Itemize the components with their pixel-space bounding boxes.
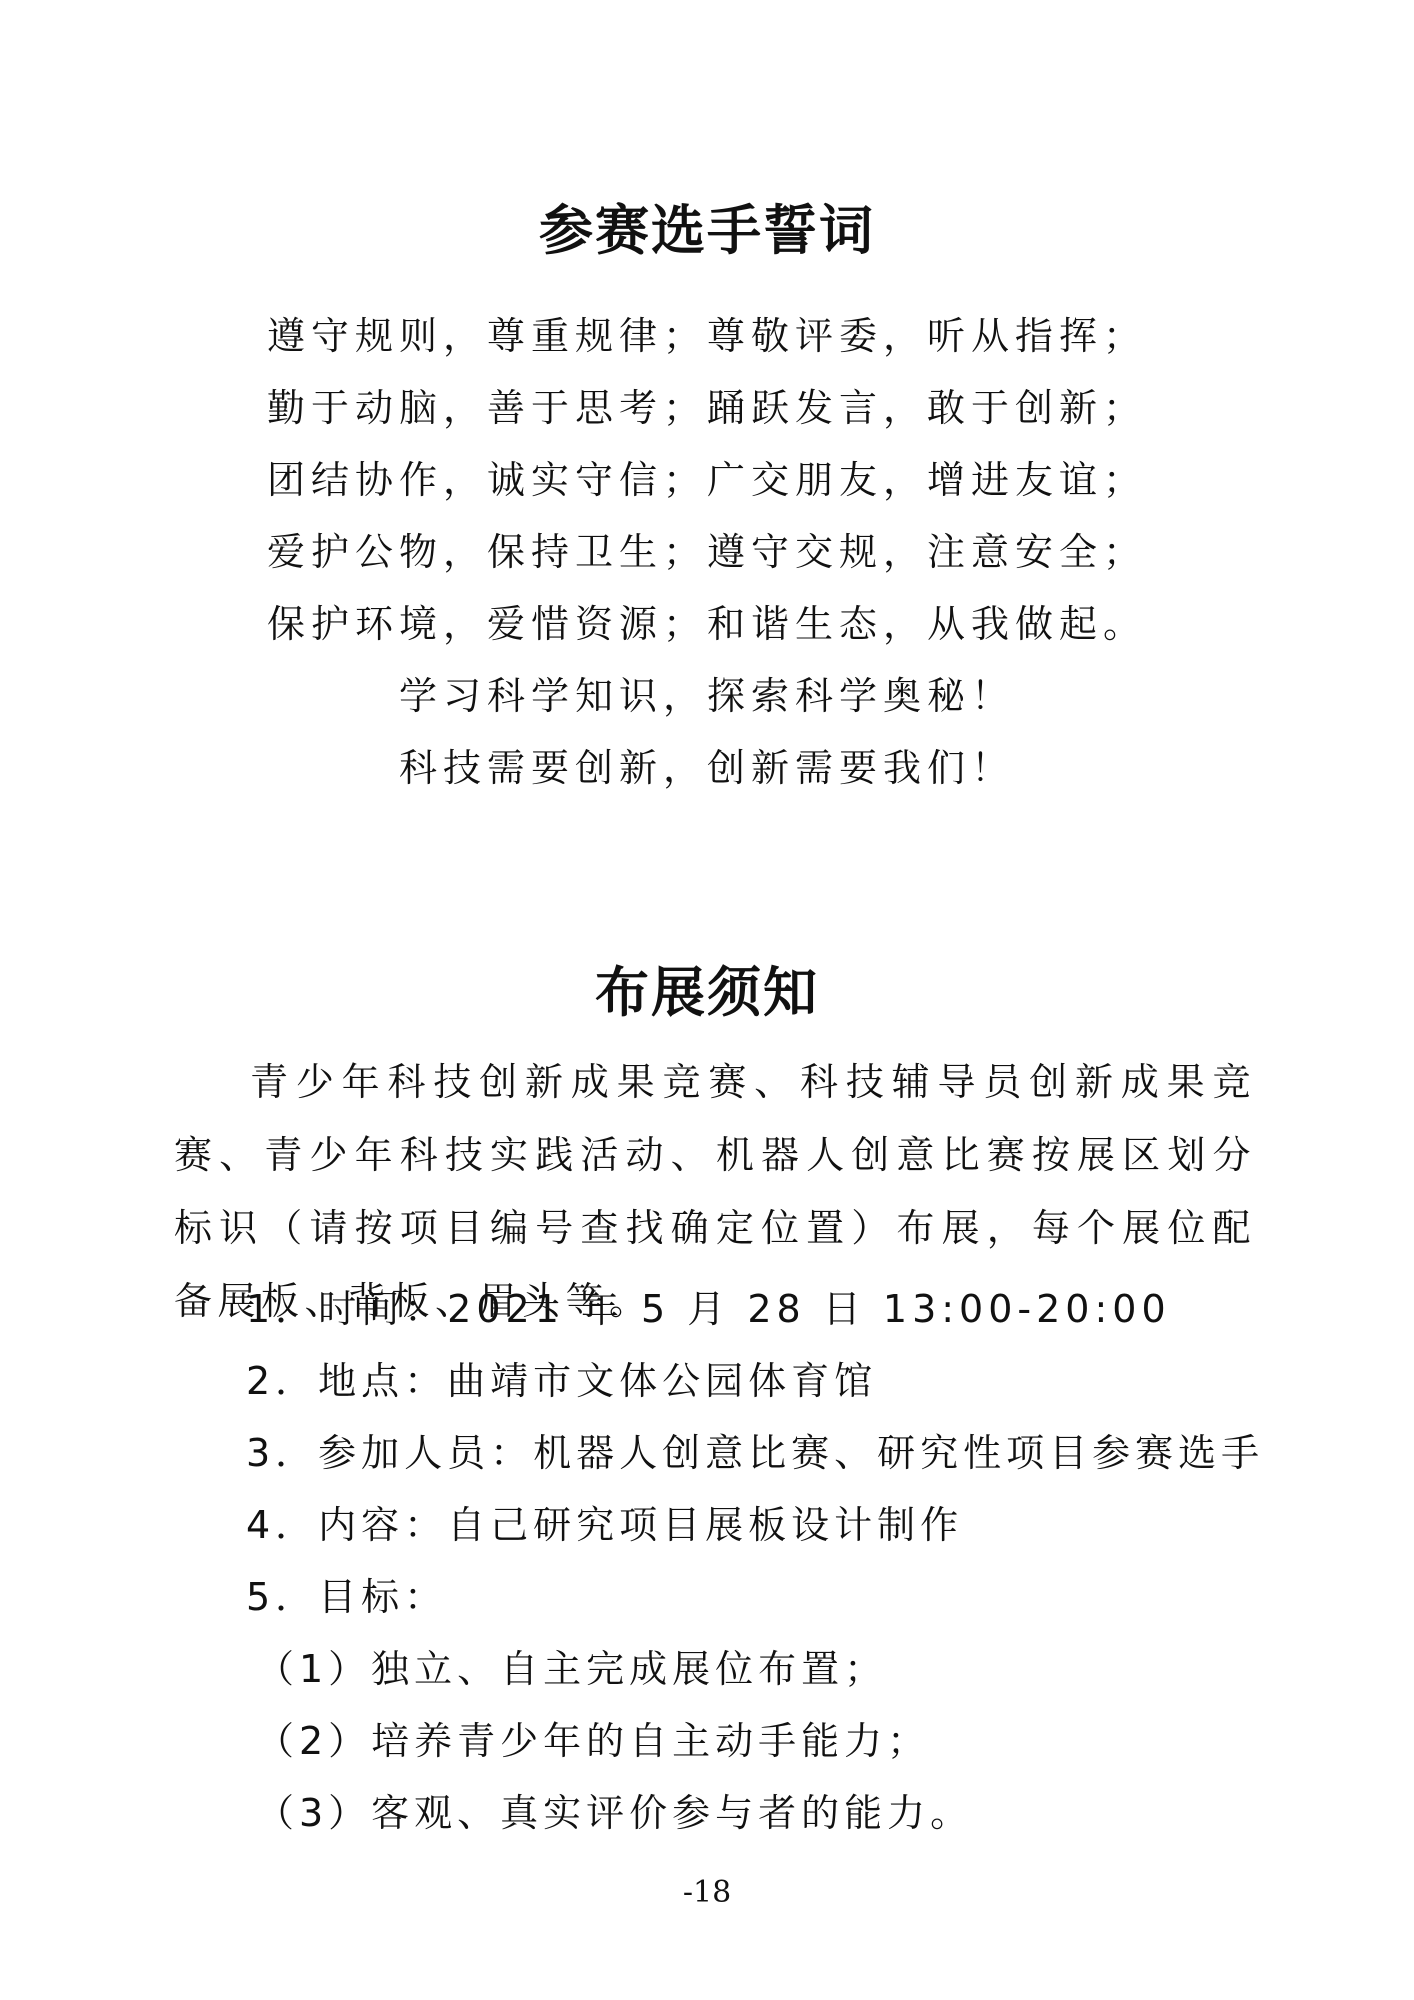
pledge-line: 爱护公物，保持卫生；遵守交规，注意安全； <box>0 521 1414 576</box>
setup-item-participants: 3．参加人员：机器人创意比赛、研究性项目参赛选手 <box>246 1422 1264 1477</box>
goal-item: （3）客观、真实评价参与者的能力。 <box>256 1782 973 1837</box>
pledge-line: 保护环境，爱惜资源；和谐生态，从我做起。 <box>0 593 1414 648</box>
goal-item: （2）培养青少年的自主动手能力； <box>256 1710 930 1765</box>
pledge-line: 团结协作，诚实守信；广交朋友，增进友谊； <box>0 449 1414 504</box>
setup-item-time: 1．时间：2021 年 5 月 28 日 13:00-20:00 <box>246 1278 1171 1333</box>
setup-item-location: 2．地点：曲靖市文体公园体育馆 <box>246 1350 877 1405</box>
pledge-line: 学习科学知识，探索科学奥秘！ <box>0 665 1414 720</box>
setup-title: 布展须知 <box>0 950 1414 1027</box>
pledge-line: 科技需要创新，创新需要我们！ <box>0 737 1414 792</box>
page-number: -18 <box>0 1875 1414 1910</box>
setup-item-goals: 5．目标： <box>246 1566 447 1621</box>
goal-item: （1）独立、自主完成展位布置； <box>256 1638 887 1693</box>
setup-item-content: 4．内容：自己研究项目展板设计制作 <box>246 1494 963 1549</box>
pledge-line: 遵守规则，尊重规律；尊敬评委，听从指挥； <box>0 305 1414 360</box>
pledge-title: 参赛选手誓词 <box>0 188 1414 265</box>
pledge-line: 勤于动脑，善于思考；踊跃发言，敢于创新； <box>0 377 1414 432</box>
